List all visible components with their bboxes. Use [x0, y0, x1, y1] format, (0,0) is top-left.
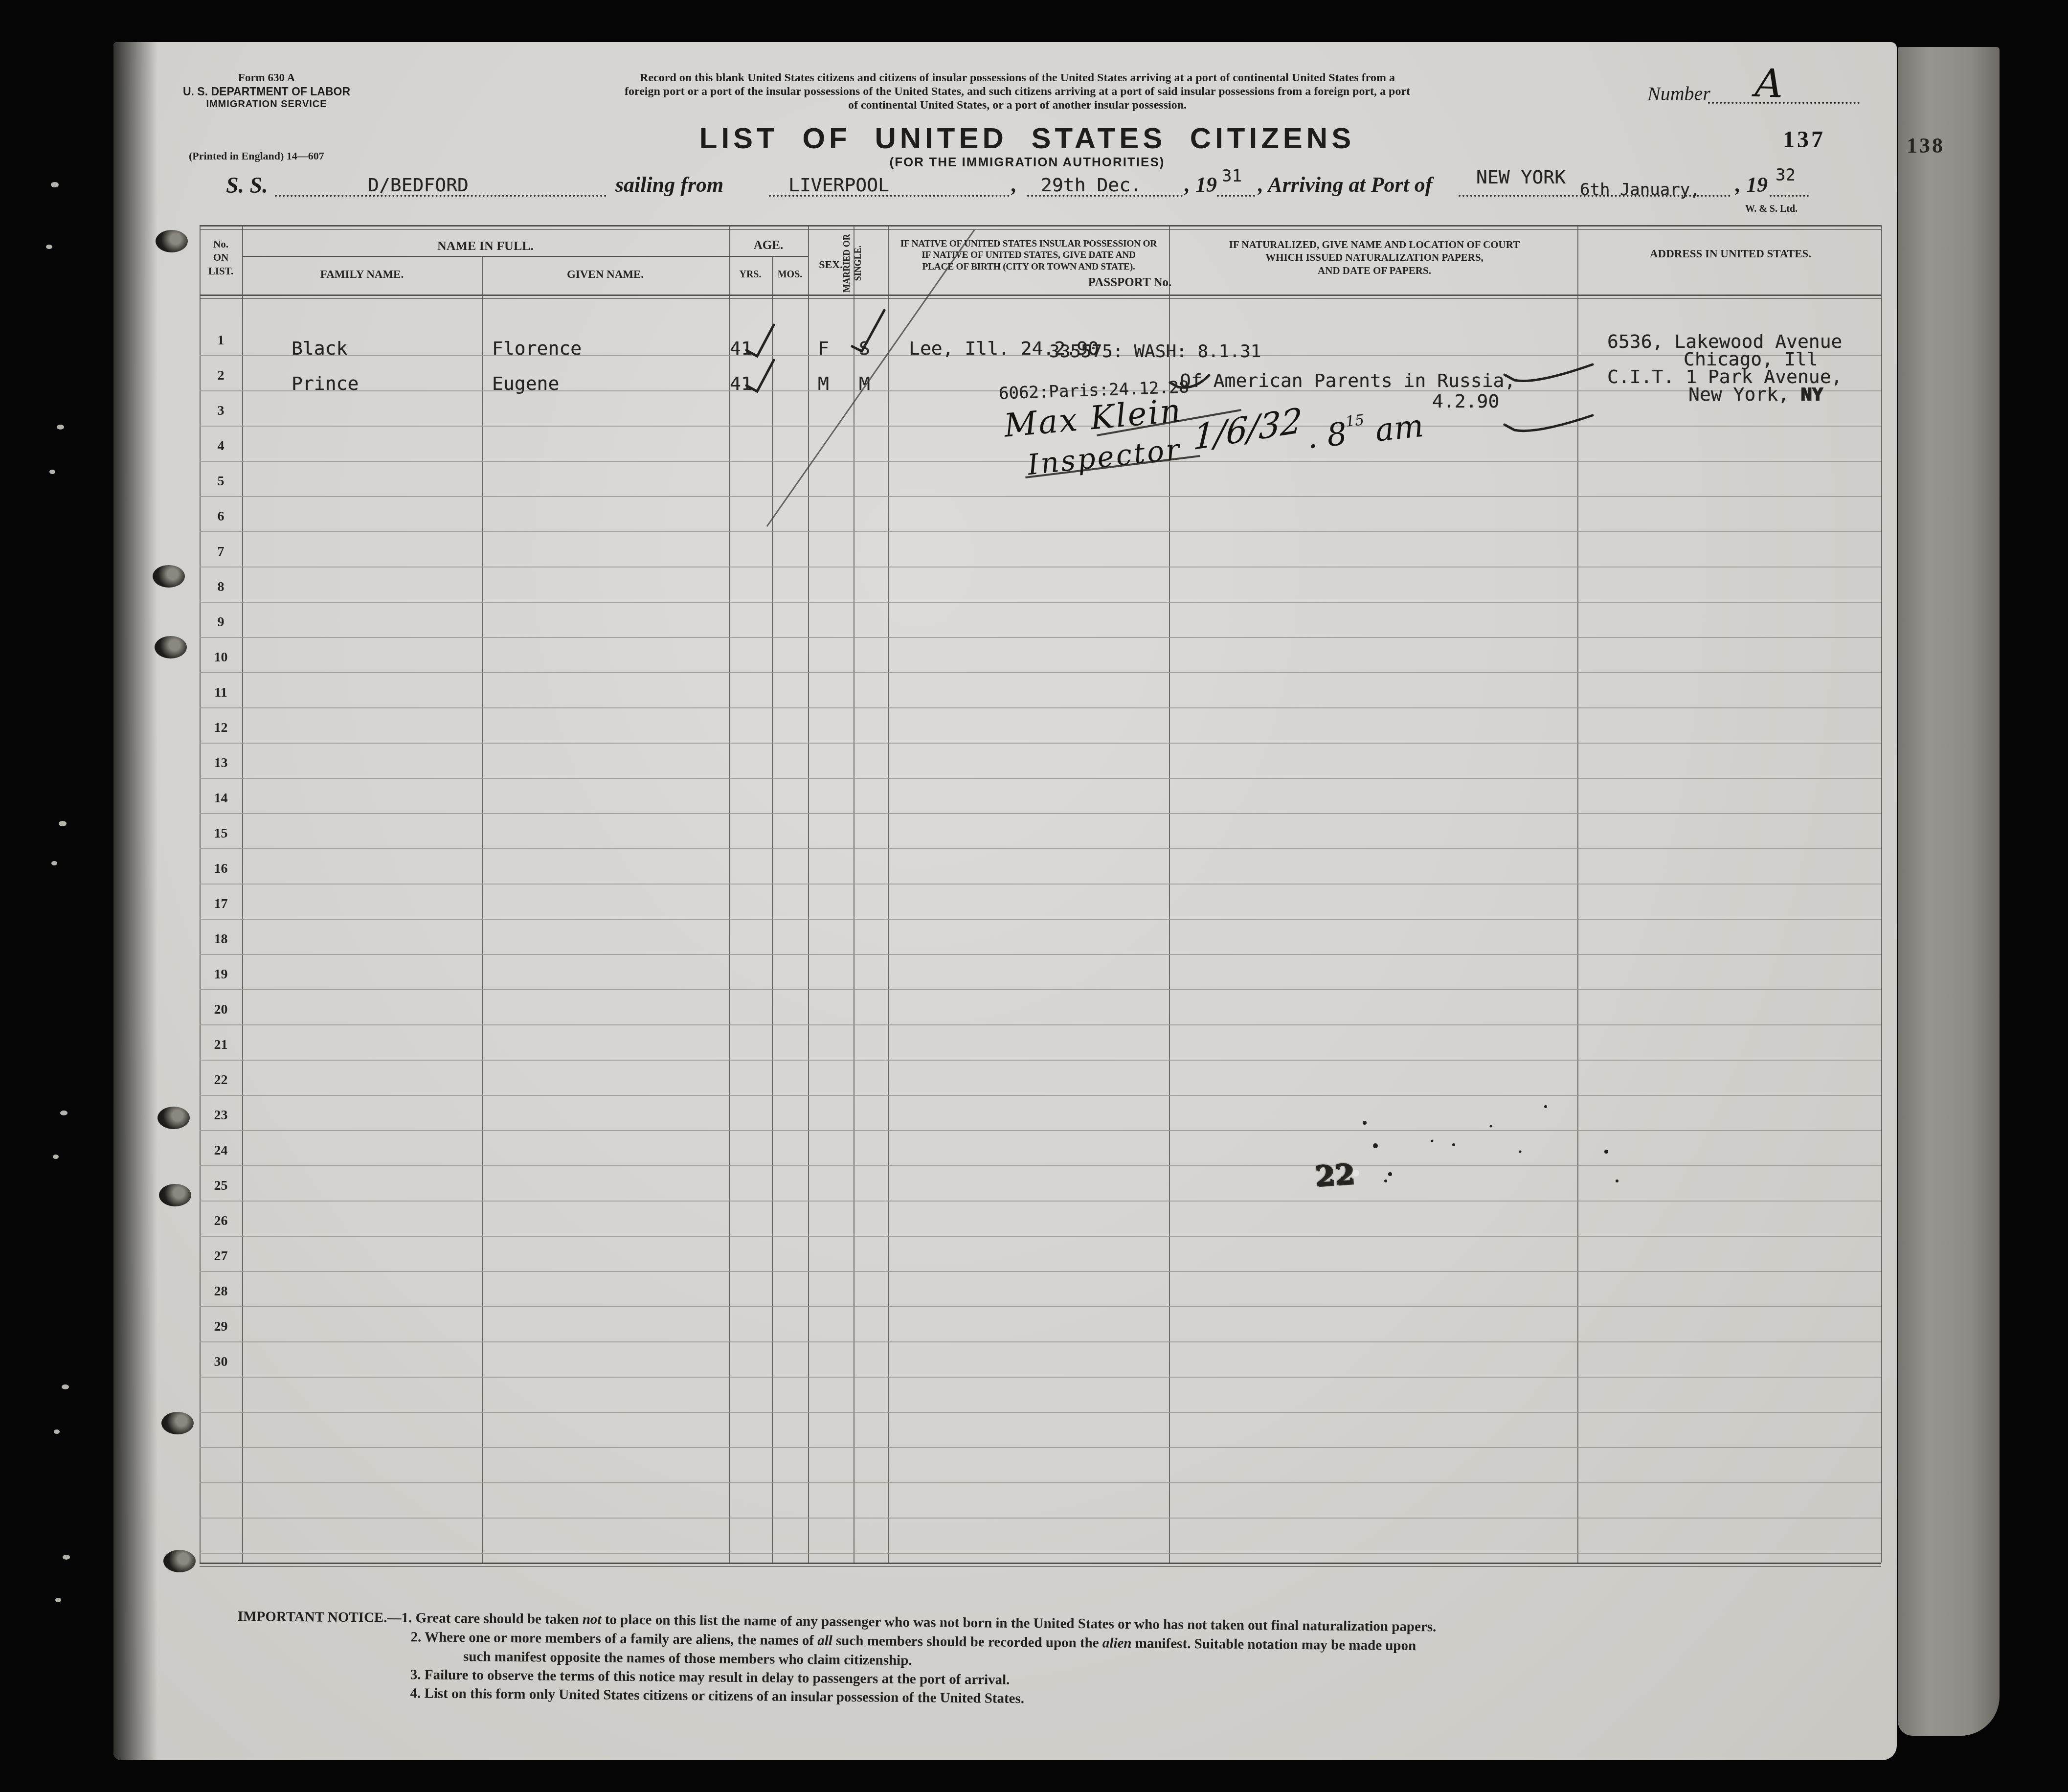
long-pencil-stroke [767, 230, 974, 526]
important-notice: IMPORTANT NOTICE.—1. Great care should b… [233, 1609, 1897, 1726]
paper-fleck [1352, 1170, 1359, 1177]
notice-line-2-continuation: such manifest opposite the names of thos… [463, 1649, 912, 1669]
hole-punch [161, 1412, 194, 1434]
scanned-manifest-photo: Form 630 A U. S. DEPARTMENT OF LABOR IMM… [0, 0, 2068, 1792]
entry2-age-checkmark [746, 360, 774, 391]
dust-speckles [1341, 1105, 1618, 1182]
entry2-naturalization-checkmark [1170, 375, 1209, 387]
entry2-address-checkmark [1505, 415, 1593, 431]
hole-punch [157, 1107, 190, 1129]
entry1-address-checkmark [1505, 364, 1593, 381]
hole-punch [159, 1184, 191, 1206]
hole-punch [155, 636, 187, 658]
hole-punch [153, 565, 185, 588]
notice-line-4: 4. List on this form only United States … [410, 1685, 1024, 1707]
entry1-age-checkmark [746, 325, 774, 356]
hole-punch [156, 230, 188, 252]
notice-line-3: 3. Failure to observe the terms of this … [410, 1667, 1010, 1688]
hole-punch [163, 1550, 196, 1572]
entry1-single-checkmark [852, 310, 884, 351]
pen-marks-overlay [0, 0, 2068, 1792]
